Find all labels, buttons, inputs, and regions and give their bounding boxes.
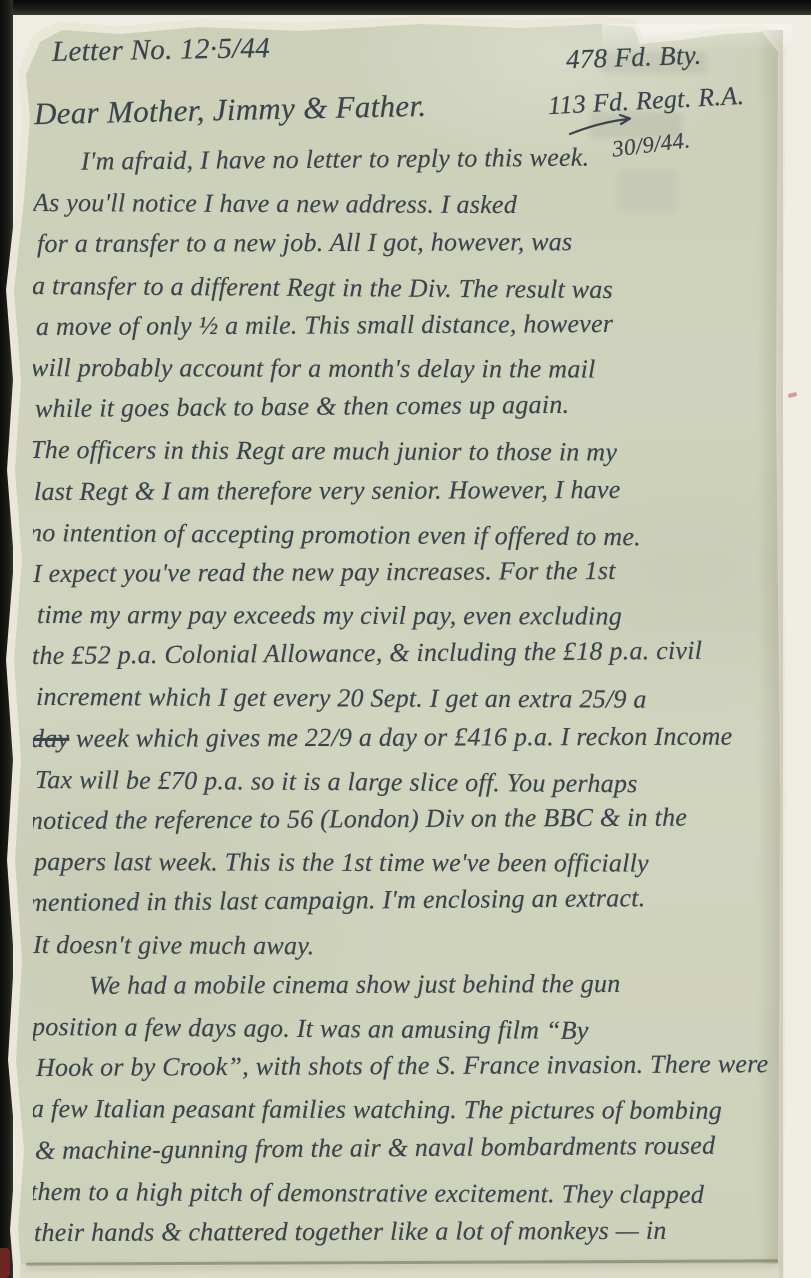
letter-line: the £52 p.a. Colonial Allowance, & inclu… — [33, 635, 779, 682]
letter-scan: Letter No. 12·5/44 478 Fd. Bty. 113 Fd. … — [0, 0, 811, 1278]
letter-line: It doesn't give much away. — [33, 930, 780, 974]
letter-line: their hands & chattered together like a … — [34, 1215, 780, 1259]
letter-line: & machine-gunning from the air & naval b… — [35, 1130, 780, 1177]
unit-line-battery: 478 Fd. Bty. — [566, 40, 703, 76]
letter-line: them to a high pitch of demonstrative ex… — [33, 1177, 777, 1221]
letter-line: I'm afraid, I have no letter to reply to… — [33, 147, 776, 188]
margin-speck — [788, 392, 798, 398]
letter-line: a move of only ½ a mile. This small dist… — [36, 308, 780, 353]
scan-border-top — [0, 0, 811, 15]
letter-line: I expect you've read the new pay increas… — [33, 555, 780, 600]
letter-line: increment which I get every 20 Sept. I g… — [36, 682, 780, 726]
letter-line: Hook or by Crook”, with shots of the S. … — [36, 1049, 780, 1094]
letter-line: mentioned in this last campaign. I'm enc… — [33, 883, 776, 930]
red-edge-mark — [0, 1248, 10, 1278]
letter-line: last Regt & I am therefore very senior. … — [34, 474, 780, 518]
letter-line: noticed the reference to 56 (London) Div… — [33, 802, 777, 847]
letter-number: Letter No. 12·5/44 — [52, 32, 271, 69]
letter-body: I'm afraid, I have no letter to reply to… — [33, 147, 780, 1263]
letter-line: for a transfer to a new job. All I got, … — [37, 227, 780, 271]
struck-word: day — [33, 723, 69, 752]
letter-line: while it goes back to base & then comes … — [35, 388, 780, 435]
letter-line: We had a mobile cinema show just behind … — [37, 968, 780, 1012]
fold-lower-band — [20, 1264, 778, 1278]
letter-line: The officers in this Regt are much junio… — [33, 435, 777, 479]
letter-line: day week which gives me 22/9 a day or £4… — [33, 721, 778, 765]
